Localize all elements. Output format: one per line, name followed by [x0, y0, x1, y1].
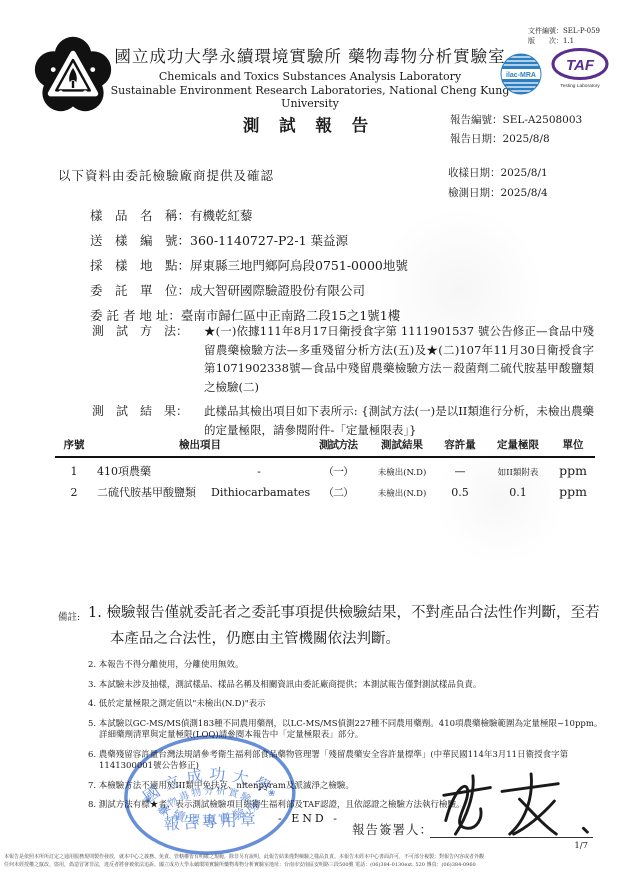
provider-confirmation-note: 以下資料由委託檢驗廠商提供及確認: [58, 166, 274, 184]
tested-date: 檢測日期：2025/8/4: [448, 183, 548, 203]
field-label: 送 樣 編 號：: [90, 228, 190, 253]
cell-seq: 2: [55, 486, 93, 499]
report-date: 報告日期：2025/8/8: [450, 130, 582, 149]
cell-loq: 如II類附表: [485, 466, 551, 478]
page-number: 1/7: [574, 841, 588, 851]
received-date: 收樣日期：2025/8/1: [448, 163, 548, 183]
organization-title: 國立成功大學永續環境實驗所 藥物毒物分析實驗室: [108, 43, 512, 67]
note-item-1: 1. 檢驗報告僅就委託者之委託事項提供檢驗結果，不對產品合法性作判斷，至若本產品…: [88, 600, 612, 652]
cell-unit: ppm: [551, 484, 595, 499]
taf-logo-icon: TAF Testing Laboratory: [549, 46, 611, 102]
field-value: 360-1140727-P2-1 葉益源: [190, 228, 348, 253]
cell-item: 410項農藥: [93, 463, 211, 479]
header-result: 測試結果: [369, 437, 435, 452]
notes-label: 備註:: [58, 609, 80, 623]
document-version: 版 次：1.1: [528, 36, 612, 46]
sample-id-row: 送 樣 編 號： 360-1140727-P2-1 葉益源: [90, 228, 590, 253]
handwritten-signature: [438, 770, 598, 842]
field-value: 屏東縣三地門鄉阿烏段0751-0000地號: [190, 253, 408, 278]
report-seal-stamp: 國立成功大學 藥物毒物分析實驗室 ❀ ❀ 報告專用章 永續環境實驗所: [117, 728, 304, 866]
cell-loq: 0.1: [485, 486, 551, 499]
document-number: 文件編號：SEL-P-059: [528, 26, 612, 36]
table-row: 1 410項農藥 - （一） 未檢出(N.D) — 如II類附表 ppm: [55, 463, 595, 479]
field-label: 樣 品 名 稱：: [90, 203, 190, 228]
sample-info: 樣 品 名 稱： 有機乾紅藜 送 樣 編 號： 360-1140727-P2-1…: [90, 203, 590, 328]
organization-subtitle-en2: Sustainable Environment Research Laborat…: [108, 84, 512, 110]
report-meta: 報告編號：SEL-A2508003 報告日期：2025/8/8: [450, 111, 582, 149]
sample-dates: 收樣日期：2025/8/1 檢測日期：2025/8/4: [448, 163, 548, 203]
field-label: 委 託 單 位：: [90, 278, 190, 303]
header-loq: 定量極限: [485, 437, 551, 452]
taf-sublabel: Testing Laboratory: [560, 83, 600, 89]
cell-tolerance: 0.5: [435, 486, 485, 499]
cell-unit: ppm: [551, 463, 595, 478]
header-method: 測試方法: [307, 437, 369, 452]
sample-name-row: 樣 品 名 稱： 有機乾紅藜: [90, 203, 590, 228]
cell-alias: -: [211, 465, 307, 478]
header-seq: 序號: [55, 437, 93, 452]
document-meta: 文件編號：SEL-P-059 版 次：1.1: [528, 26, 612, 46]
test-method-text: ★(一)依據111年8月17日衛授食字第 1111901537 號公告修正—食品…: [204, 322, 594, 396]
signer-label: 報告簽署人：: [352, 820, 433, 838]
test-result-text: 此樣品其檢出項目如下表所示: {測試方法(一)是以II類進行分析，未檢出農藥的定…: [204, 402, 594, 439]
cell-tolerance: —: [435, 465, 485, 478]
table-header-row: 序號 檢出項目 測試方法 測試結果 容許量 定量極限 單位: [55, 437, 595, 458]
results-table: 序號 檢出項目 測試方法 測試結果 容許量 定量極限 單位 1 410項農藥 -…: [55, 437, 595, 500]
ilac-mra-label: ilac-MRA: [506, 72, 536, 79]
note-item-3: 3. 本試驗未涉及抽樣，測試樣品、樣品名稱及相關資訊由委託廠商提供；本測試報告僅…: [88, 680, 605, 692]
test-method-label: 測 試 方 法：: [92, 322, 204, 396]
organization-subtitle-en1: Chemicals and Toxics Substances Analysis…: [108, 70, 512, 83]
test-result-label: 測 試 結 果：: [92, 402, 204, 439]
client-unit-row: 委 託 單 位： 成大智研國際驗證股份有限公司: [90, 278, 590, 303]
test-report-page: 文件編號：SEL-P-059 版 次：1.1 國立成功大學永續環境實驗所 藥物: [0, 0, 618, 890]
cell-seq: 1: [55, 465, 93, 478]
organization-header: 國立成功大學永續環境實驗所 藥物毒物分析實驗室 Chemicals and To…: [108, 43, 512, 110]
stamp-flower-left-icon: ❀: [144, 795, 153, 805]
table-row: 2 二硫代胺基甲酸鹽類 Dithiocarbamates （二） 未檢出(N.D…: [55, 484, 595, 500]
test-result-section: 測 試 結 果： 此樣品其檢出項目如下表所示: {測試方法(一)是以II類進行分…: [92, 402, 594, 439]
header-tolerance: 容許量: [435, 437, 485, 452]
ncku-emblem-icon: [33, 35, 113, 121]
footer-line-1: 本報告是依照本所所訂定之通用服務規則製作發放，就本中心之義務、免責、管轄權皆有明…: [4, 853, 614, 861]
cell-result: 未檢出(N.D): [369, 487, 435, 499]
taf-label: TAF: [566, 57, 595, 74]
test-method-section: 測 試 方 法： ★(一)依據111年8月17日衛授食字第 1111901537…: [92, 322, 594, 396]
ilac-mra-logo-icon: ilac-MRA: [499, 52, 543, 100]
field-label: 採 樣 地 點：: [90, 253, 190, 278]
cell-method: （二）: [307, 484, 369, 500]
note-item-4: 4. 低於定量極限之測定值以"未檢出(N.D)"表示: [88, 699, 605, 711]
cell-method: （一）: [307, 463, 369, 479]
header-unit: 單位: [551, 437, 595, 452]
report-number: 報告編號：SEL-A2508003: [450, 111, 582, 130]
cell-result: 未檢出(N.D): [369, 466, 435, 478]
header-item: 檢出項目: [93, 437, 307, 452]
cell-alias: Dithiocarbamates: [211, 486, 307, 499]
field-value: 成大智研國際驗證股份有限公司: [190, 278, 365, 303]
field-value: 有機乾紅藜: [190, 203, 253, 228]
note-item-2: 2. 本報告不得分離使用，分離使用無效。: [88, 660, 605, 672]
sampling-location-row: 採 樣 地 點： 屏東縣三地門鄉阿烏段0751-0000地號: [90, 253, 590, 278]
footer-line-2: 任何未經授權之竄改、盜用，偽造冒署非法，違反者將會被依法追訴。國立成功大學永續環…: [4, 861, 614, 869]
cell-item: 二硫代胺基甲酸鹽類: [93, 484, 211, 500]
footer-legal-text: 本報告是依照本所所訂定之通用服務規則製作發放，就本中心之義務、免責、管轄權皆有明…: [4, 853, 614, 869]
stamp-flower-right-icon: ❀: [268, 789, 277, 799]
